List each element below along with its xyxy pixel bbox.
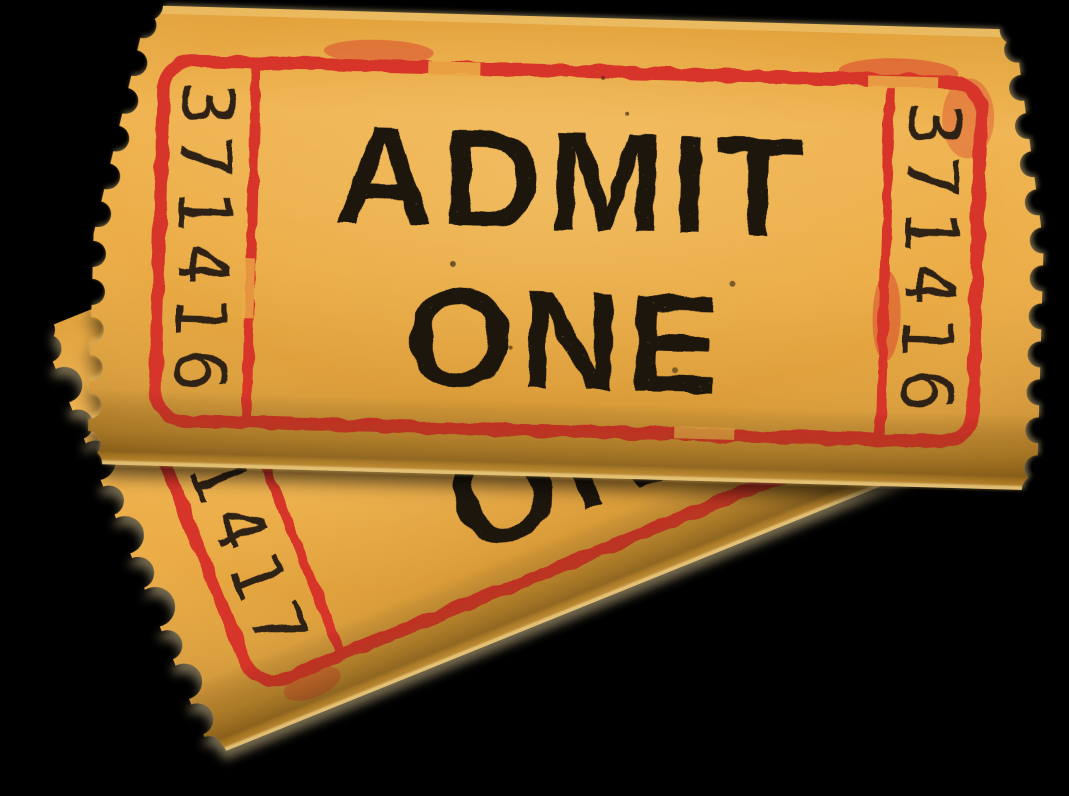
- scene-canvas: 371417 ADMIT ONE: [0, 0, 1069, 796]
- tickets-graphic: 371417 ADMIT ONE: [0, 0, 1069, 796]
- ticket-serial-number-left-stub: 371416: [157, 81, 250, 403]
- border-wear-patch: [428, 61, 480, 76]
- headline-line2: ONE: [403, 258, 729, 424]
- ticket-serial-number-right-stub: 371416: [884, 101, 977, 423]
- admit-ticket-top: 371416 371416 ADMIT ONE: [87, 4, 1049, 490]
- headline-line1: ADMIT: [332, 96, 809, 266]
- border-wear-patch: [868, 75, 938, 89]
